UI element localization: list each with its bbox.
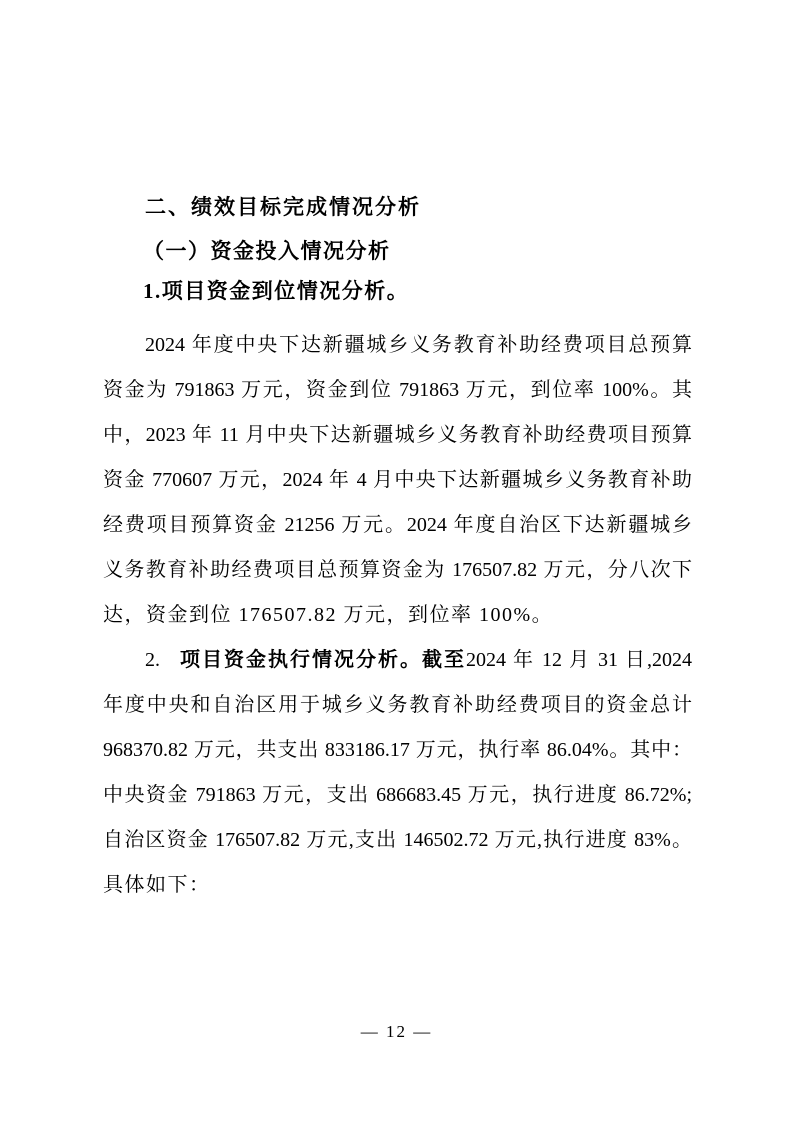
paragraph-line: 年度中央和自治区用于城乡义务教育补助经费项目的资金总计: [103, 683, 692, 728]
paragraph-line: 中央资金 791863 万元，支出 686683.45 万元，执行进度 86.7…: [103, 773, 692, 818]
paragraph-line: 义务教育补助经费项目总预算资金为 176507.82 万元，分八次下: [103, 548, 692, 593]
document-page: 二、绩效目标完成情况分析 （一）资金投入情况分析 1.项目资金到位情况分析。 2…: [0, 0, 793, 1122]
paragraph-line: 中，2023 年 11 月中央下达新疆城乡义务教育补助经费项目预算: [103, 413, 692, 458]
page-number: — 12 —: [0, 1012, 793, 1052]
paragraph-line: 资金 770607 万元，2024 年 4 月中央下达新疆城乡义务教育补助: [103, 458, 692, 503]
point-2-date: 2024 年 12 月 31 日,2024: [466, 649, 692, 671]
paragraph-line-mixed: 2.项目资金执行情况分析。截至2024 年 12 月 31 日,2024: [103, 638, 692, 683]
paragraph-line: 达，资金到位 176507.82 万元，到位率 100%。: [103, 593, 692, 638]
point-1-heading: 1.项目资金到位情况分析。: [103, 271, 692, 311]
paragraph-line: 经费项目预算资金 21256 万元。2024 年度自治区下达新疆城乡: [103, 503, 692, 548]
paragraph-line: 2024 年度中央下达新疆城乡义务教育补助经费项目总预算: [103, 323, 692, 368]
subsection-heading: （一）资金投入情况分析: [103, 231, 692, 271]
paragraph-line: 具体如下：: [103, 863, 692, 908]
point-2-heading: 项目资金执行情况分析。截至: [178, 649, 466, 671]
paragraph-line: 资金为 791863 万元，资金到位 791863 万元，到位率 100%。其: [103, 368, 692, 413]
paragraph-funds-received: 2024 年度中央下达新疆城乡义务教育补助经费项目总预算 资金为 791863 …: [103, 323, 692, 638]
paragraph-line: 自治区资金 176507.82 万元,支出 146502.72 万元,执行进度 …: [103, 818, 692, 863]
point-2-number: 2.: [145, 649, 160, 671]
paragraph-funds-execution: 2.项目资金执行情况分析。截至2024 年 12 月 31 日,2024 年度中…: [103, 638, 692, 908]
section-heading: 二、绩效目标完成情况分析: [103, 185, 692, 231]
paragraph-line: 968370.82 万元，共支出 833186.17 万元，执行率 86.04%…: [103, 728, 692, 773]
document-body: 二、绩效目标完成情况分析 （一）资金投入情况分析 1.项目资金到位情况分析。 2…: [103, 185, 692, 908]
